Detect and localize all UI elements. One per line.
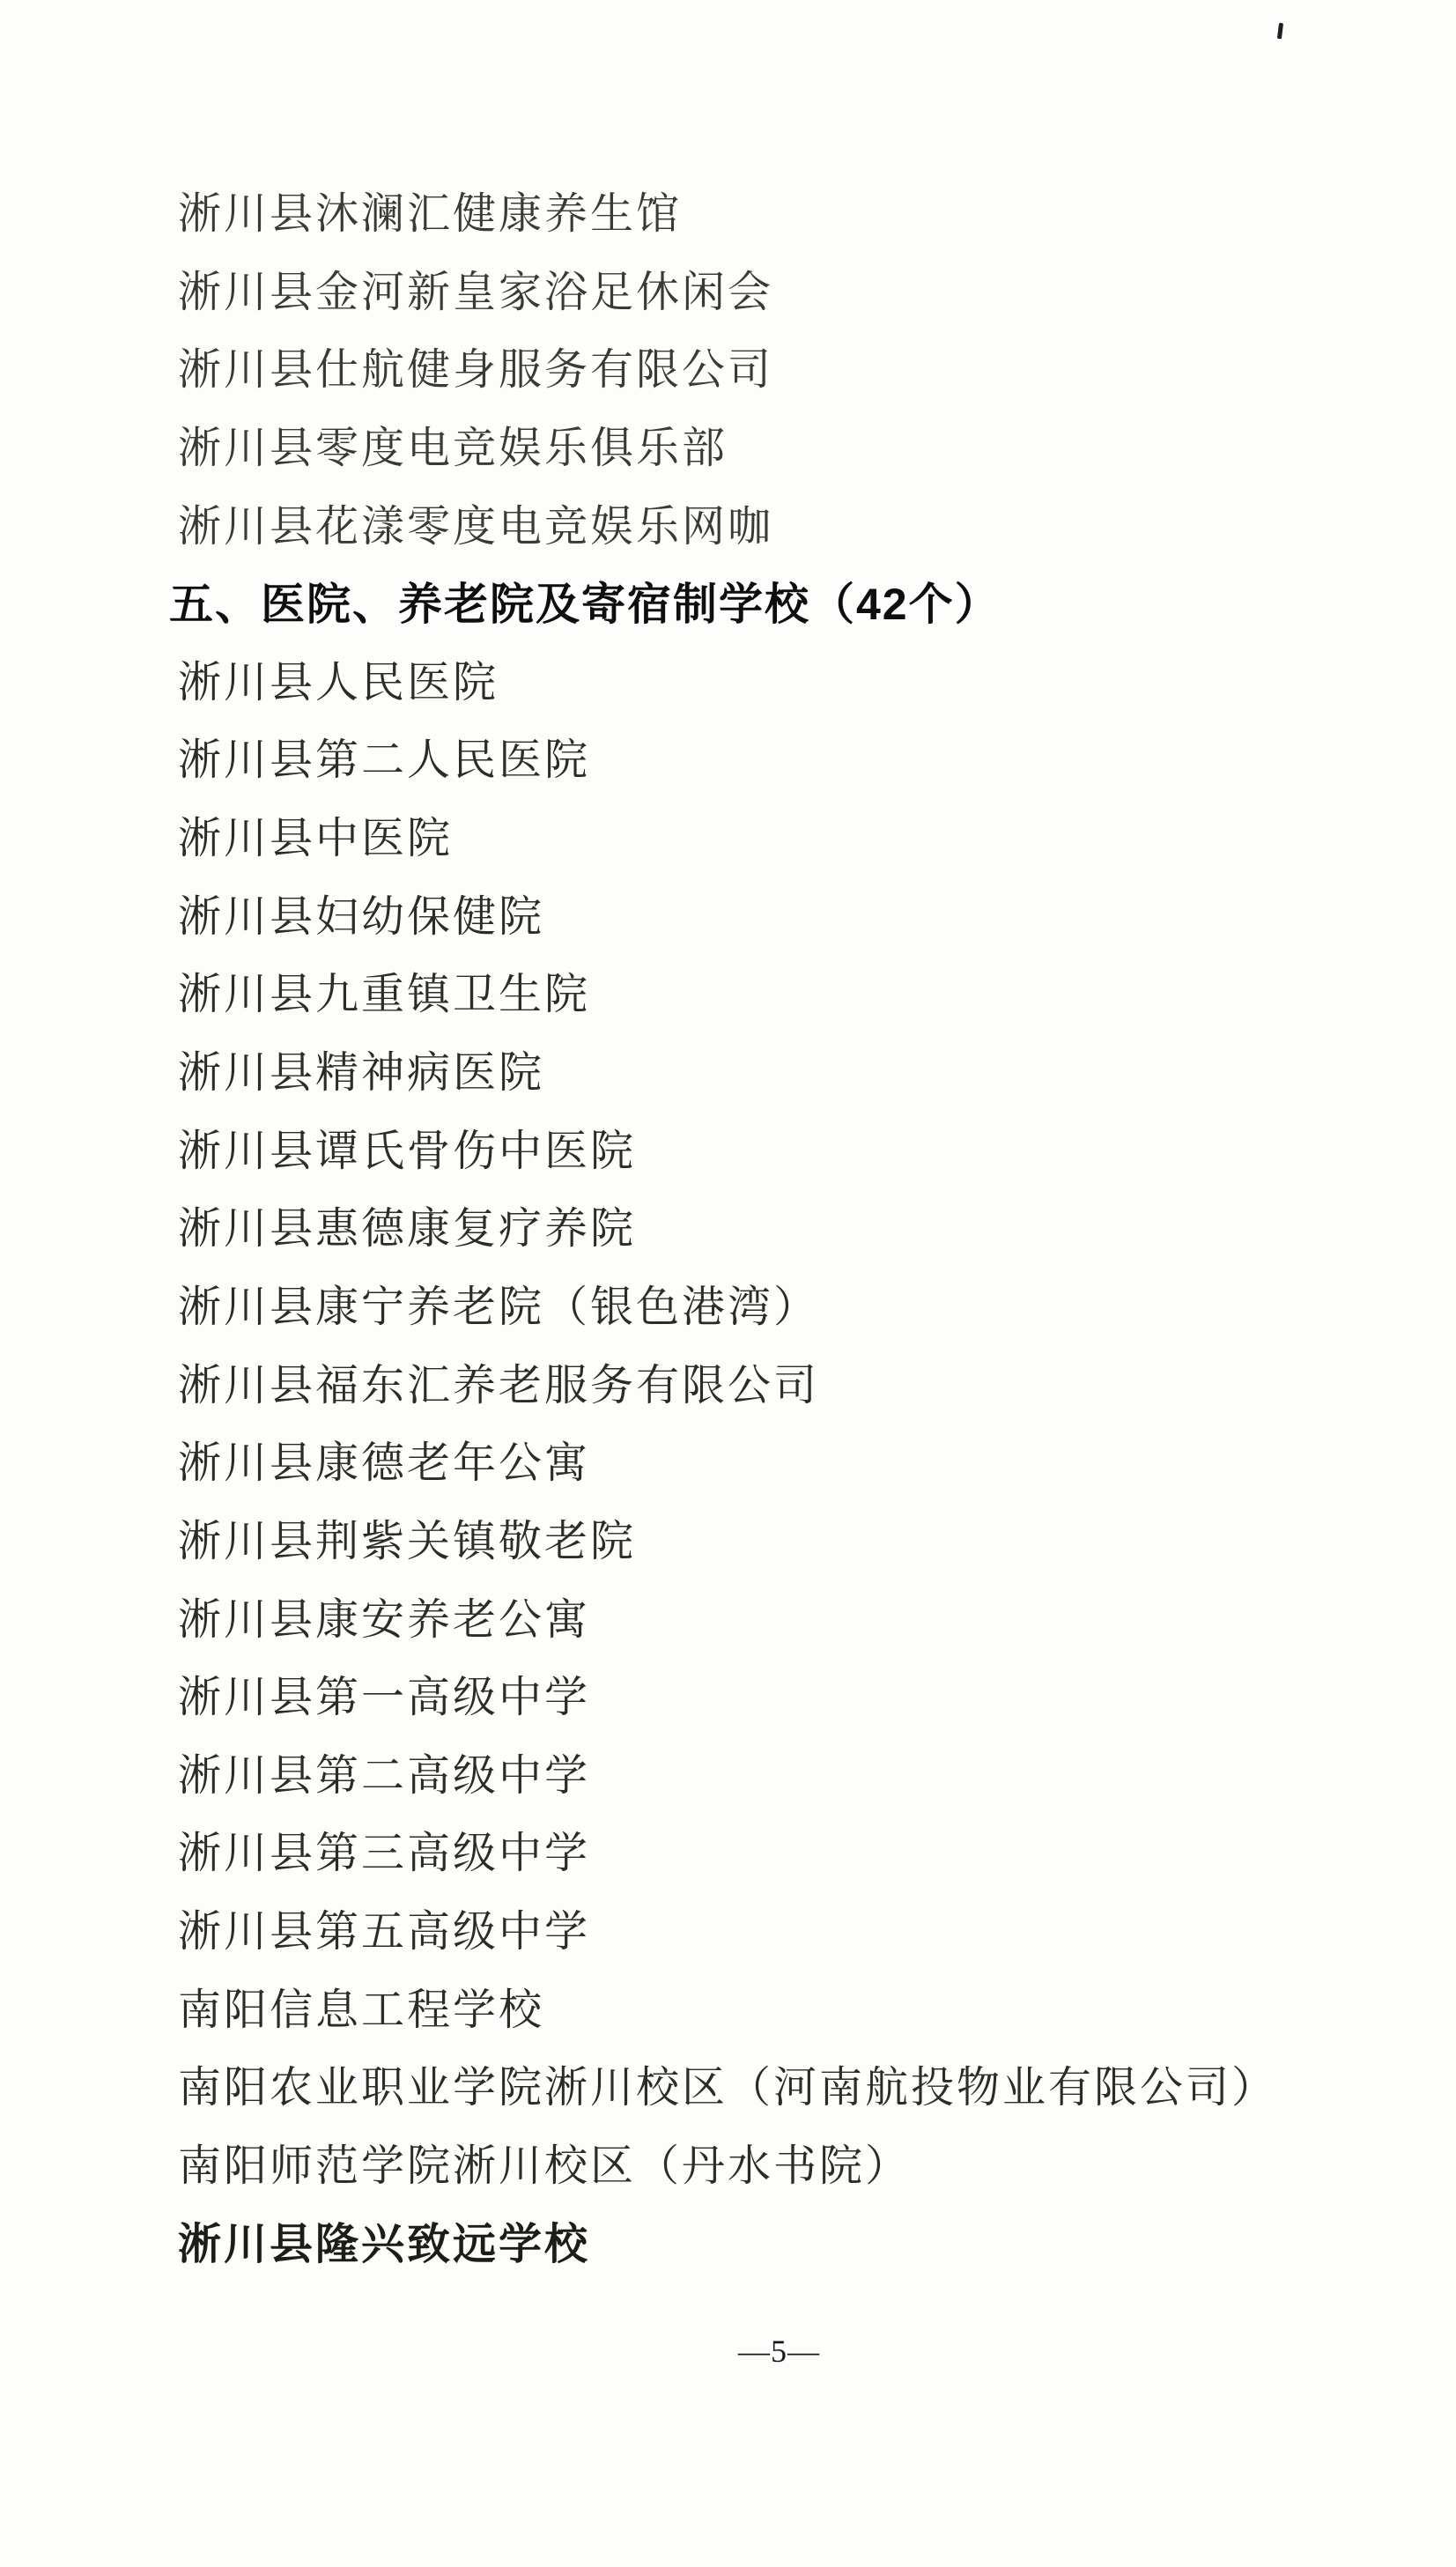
scan-artifact-mark bbox=[1277, 23, 1283, 39]
list-item: 南阳信息工程学校 bbox=[178, 1971, 1277, 2050]
list-item: 淅川县荆紫关镇敬老院 bbox=[178, 1503, 1277, 1581]
list-item: 淅川县金河新皇家浴足休闲会 bbox=[178, 254, 1277, 332]
page-number: —5— bbox=[738, 2333, 820, 2370]
list-item: 淅川县谭氏骨伤中医院 bbox=[178, 1113, 1277, 1191]
list-item: 淅川县人民医院 bbox=[178, 644, 1277, 722]
list-item: 淅川县康德老年公寓 bbox=[178, 1424, 1277, 1503]
list-item: 南阳师范学院淅川校区（丹水书院） bbox=[178, 2127, 1277, 2206]
list-item: 淅川县妇幼保健院 bbox=[178, 878, 1277, 957]
list-item: 淅川县零度电竞娱乐俱乐部 bbox=[178, 410, 1277, 488]
list-item: 淅川县仕航健身服务有限公司 bbox=[178, 331, 1277, 410]
document-page: 淅川县沐澜汇健康养生馆 淅川县金河新皇家浴足休闲会 淅川县仕航健身服务有限公司 … bbox=[0, 0, 1456, 2567]
section-list: 淅川县人民医院 淅川县第二人民医院 淅川县中医院 淅川县妇幼保健院 淅川县九重镇… bbox=[178, 644, 1277, 2283]
list-item: 淅川县第一高级中学 bbox=[178, 1659, 1277, 1737]
list-item: 淅川县第二人民医院 bbox=[178, 721, 1277, 800]
list-item: 淅川县沐澜汇健康养生馆 bbox=[178, 175, 1277, 254]
document-content: 淅川县沐澜汇健康养生馆 淅川县金河新皇家浴足休闲会 淅川县仕航健身服务有限公司 … bbox=[178, 175, 1277, 2283]
list-item: 淅川县康安养老公寓 bbox=[178, 1581, 1277, 1660]
list-item: 淅川县精神病医院 bbox=[178, 1034, 1277, 1113]
list-item: 淅川县福东汇养老服务有限公司 bbox=[178, 1347, 1277, 1425]
list-item: 淅川县九重镇卫生院 bbox=[178, 956, 1277, 1034]
list-item: 淅川县第五高级中学 bbox=[178, 1893, 1277, 1971]
section-heading: 五、医院、养老院及寄宿制学校（42个） bbox=[169, 566, 1277, 644]
list-item: 淅川县康宁养老院（银色港湾） bbox=[178, 1269, 1277, 1347]
list-item: 淅川县惠德康复疗养院 bbox=[178, 1190, 1277, 1269]
list-item: 淅川县隆兴致远学校 bbox=[178, 2206, 1277, 2284]
list-item: 淅川县花漾零度电竞娱乐网咖 bbox=[178, 488, 1277, 566]
list-item: 淅川县中医院 bbox=[178, 800, 1277, 878]
list-item: 淅川县第三高级中学 bbox=[178, 1815, 1277, 1893]
list-item: 淅川县第二高级中学 bbox=[178, 1737, 1277, 1816]
previous-section-list: 淅川县沐澜汇健康养生馆 淅川县金河新皇家浴足休闲会 淅川县仕航健身服务有限公司 … bbox=[178, 175, 1277, 566]
list-item: 南阳农业职业学院淅川校区（河南航投物业有限公司） bbox=[178, 2049, 1277, 2127]
